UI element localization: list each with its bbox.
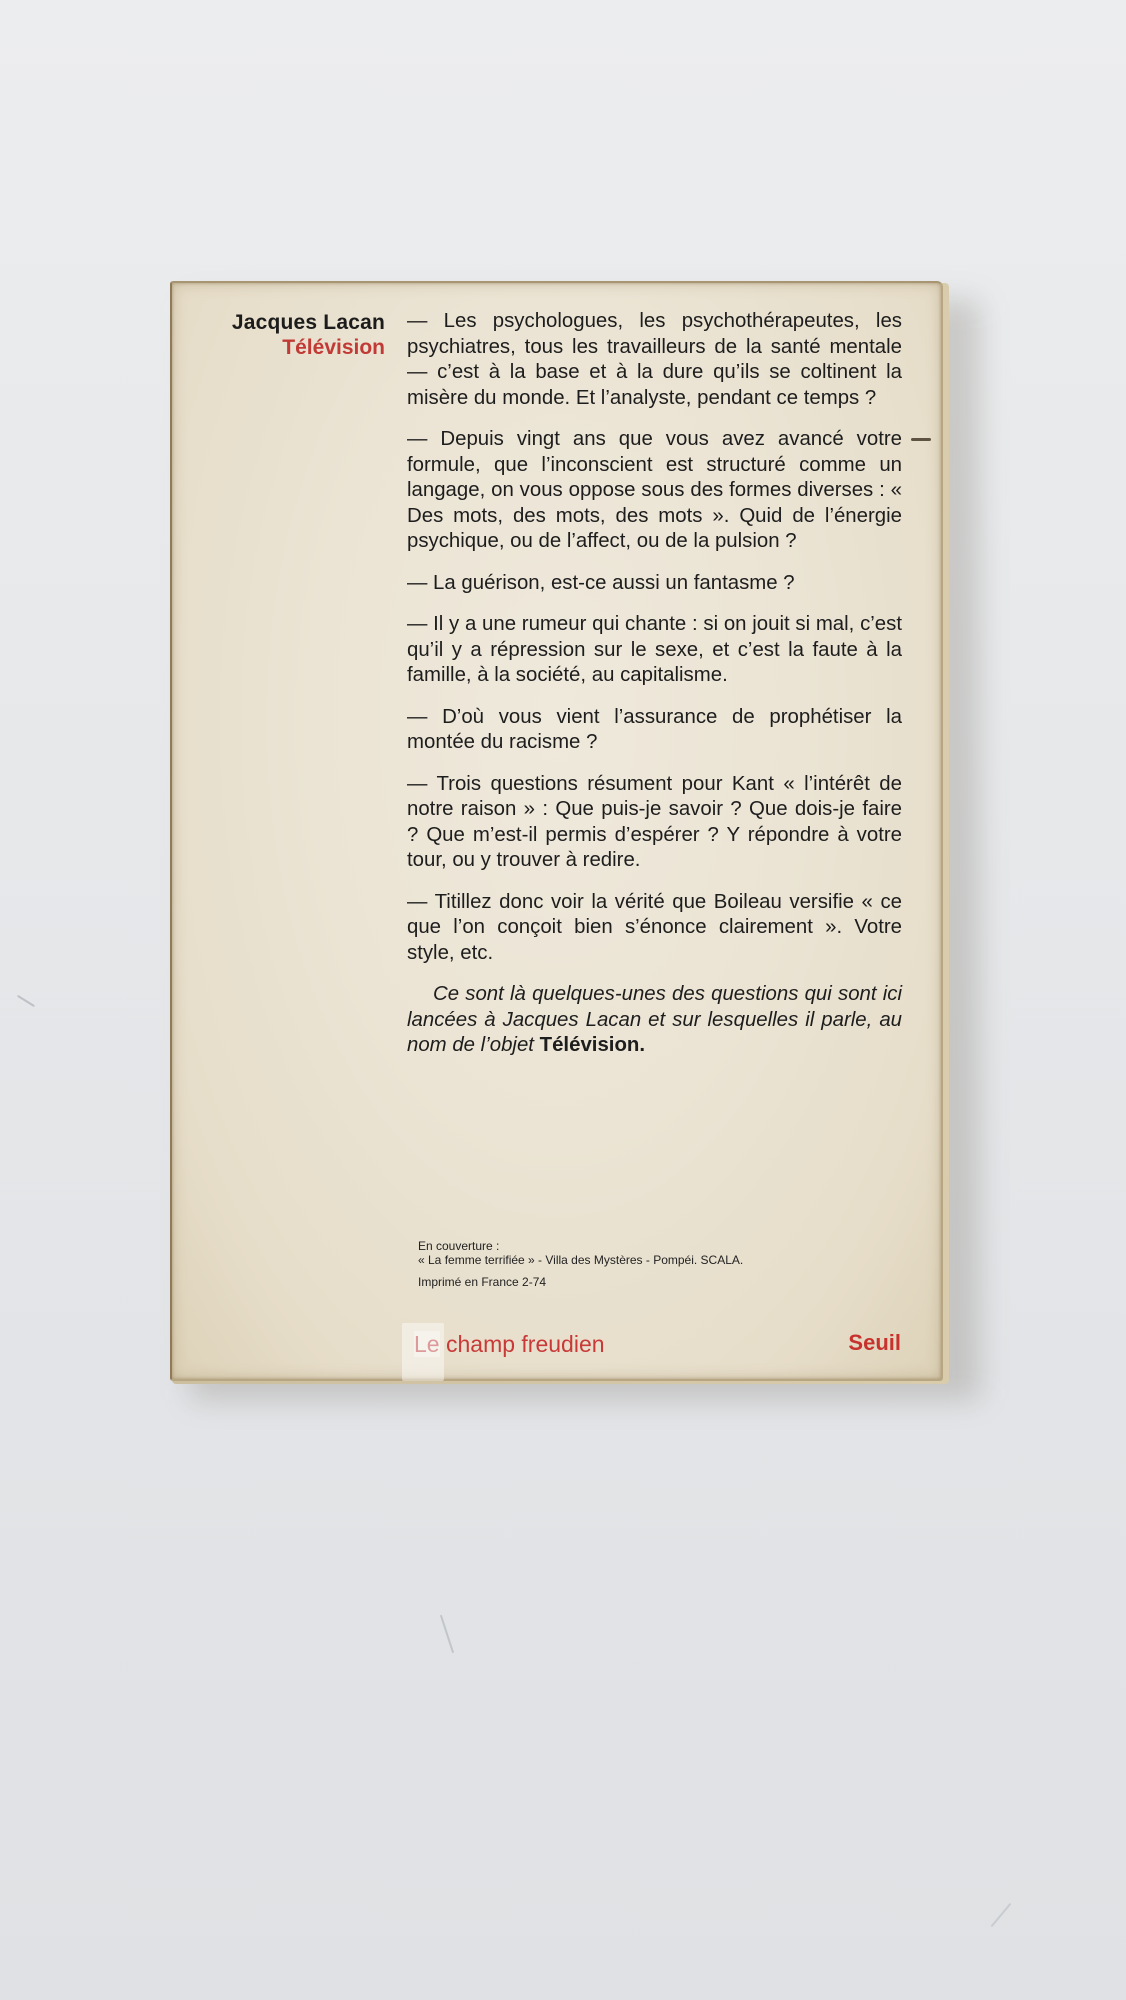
- cover-scratch-mark: [911, 438, 931, 441]
- print-info: Imprimé en France 2-74: [418, 1275, 743, 1289]
- surface-scratch: [17, 995, 35, 1007]
- credits-heading: En couverture :: [418, 1239, 743, 1253]
- series-name-worn-prefix: Le: [414, 1331, 440, 1357]
- blurb-paragraph: — Depuis vingt ans que vous avez avancé …: [407, 427, 902, 555]
- series-name: Le champ freudien: [414, 1331, 605, 1358]
- blurb-paragraph: — D’où vous vient l’assurance de prophét…: [407, 705, 902, 756]
- closing-bold-title: Télévision.: [540, 1034, 645, 1056]
- book-back-cover: Jacques Lacan Télévision — Les psycholog…: [170, 281, 943, 1381]
- book-title: Télévision: [198, 336, 385, 360]
- closing-text: Ce sont là quelques-unes des questions q…: [407, 983, 902, 1056]
- blurb-text: — Les psychologues, les psychothérapeute…: [407, 309, 902, 1075]
- publisher-name: Seuil: [848, 1330, 901, 1356]
- author-name: Jacques Lacan: [198, 311, 385, 335]
- blurb-paragraph: — Il y a une rumeur qui chante : si on j…: [407, 612, 902, 689]
- cover-credits: En couverture : « La femme terrifiée » -…: [418, 1239, 743, 1289]
- closing-paragraph: Ce sont là quelques-unes des questions q…: [407, 982, 902, 1059]
- surface-scratch: [440, 1615, 454, 1654]
- credits-artwork: « La femme terrifiée » - Villa des Mystè…: [418, 1253, 743, 1267]
- surface-scratch: [991, 1903, 1012, 1927]
- blurb-paragraph: — Titillez donc voir la vérité que Boile…: [407, 890, 902, 967]
- series-name-rest: champ freudien: [440, 1331, 605, 1357]
- blurb-paragraph: — Trois questions résument pour Kant « l…: [407, 772, 902, 874]
- blurb-paragraph: — Les psychologues, les psychothérapeute…: [407, 309, 902, 411]
- blurb-paragraph: — La guérison, est-ce aussi un fantasme …: [407, 571, 902, 597]
